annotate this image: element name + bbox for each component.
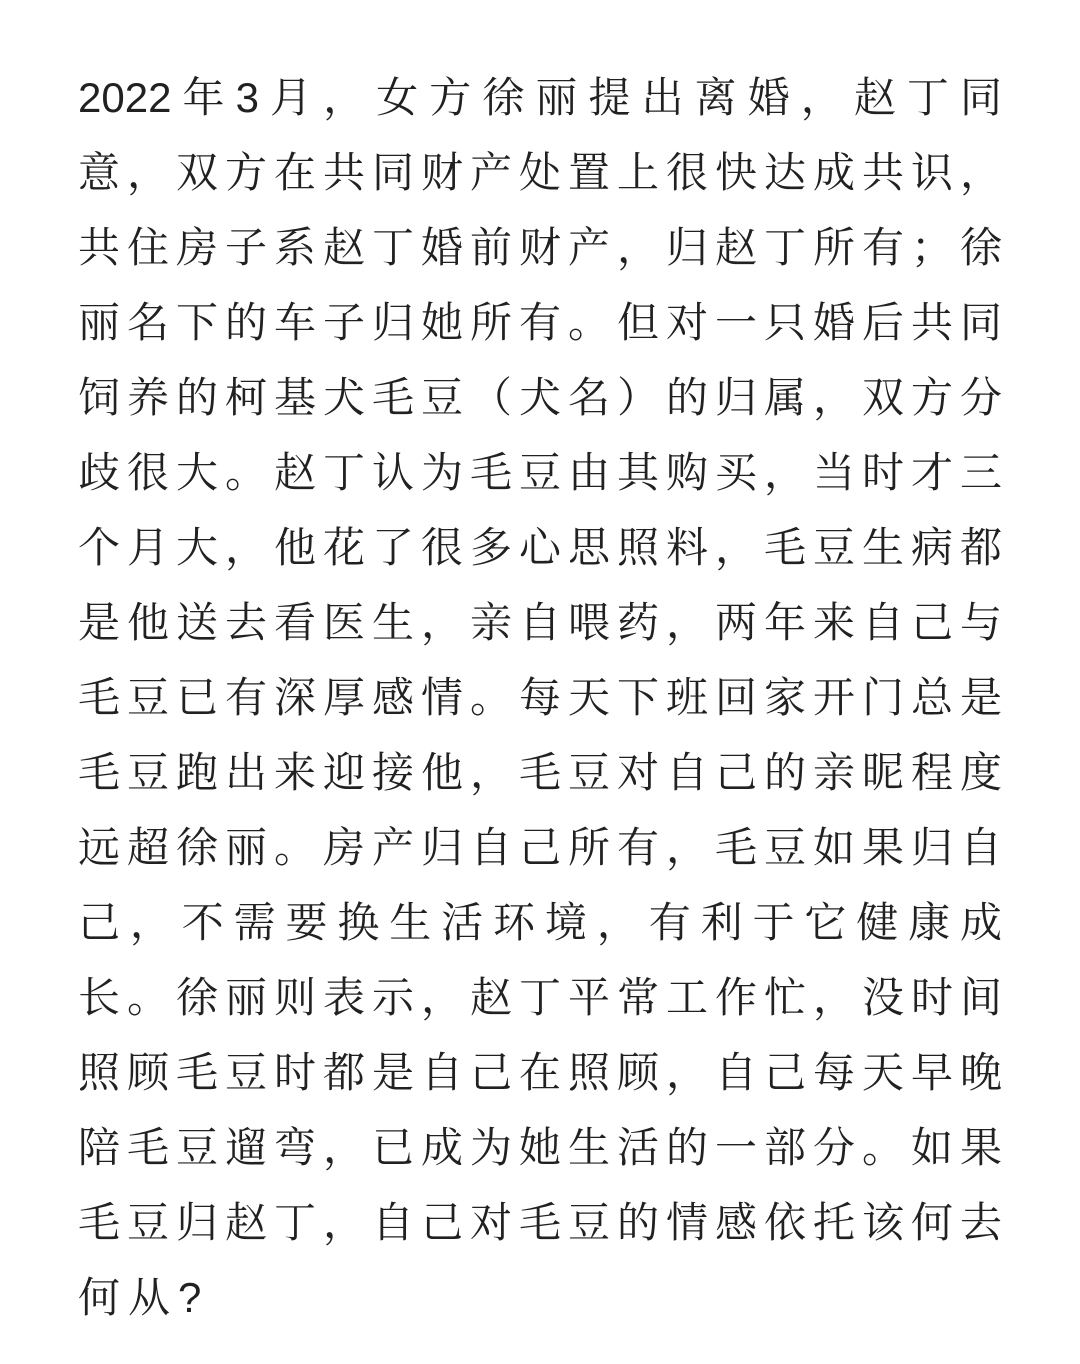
text-line: 个月大，他花了很多心思照料，毛豆生病都: [78, 510, 1002, 585]
text-line-last: 何从?: [78, 1260, 1002, 1335]
text-line: 毛豆跑出来迎接他，毛豆对自己的亲昵程度: [78, 735, 1002, 810]
text-line: 毛豆归赵丁，自己对毛豆的情感依托该何去: [78, 1185, 1002, 1260]
text-line: 意，双方在共同财产处置上很快达成共识，: [78, 135, 1002, 210]
text-line: 2022年3月，女方徐丽提出离婚，赵丁同: [78, 60, 1002, 135]
text-line: 长。徐丽则表示，赵丁平常工作忙，没时间: [78, 960, 1002, 1035]
text-line: 丽名下的车子归她所有。但对一只婚后共同: [78, 285, 1002, 360]
text-line: 饲养的柯基犬毛豆（犬名）的归属，双方分: [78, 360, 1002, 435]
text-line: 共住房子系赵丁婚前财产，归赵丁所有；徐: [78, 210, 1002, 285]
text-line: 是他送去看医生，亲自喂药，两年来自己与: [78, 585, 1002, 660]
text-line: 照顾毛豆时都是自己在照顾，自己每天早晚: [78, 1035, 1002, 1110]
document-page: 2022年3月，女方徐丽提出离婚，赵丁同 意，双方在共同财产处置上很快达成共识，…: [0, 0, 1080, 1364]
text-line: 毛豆已有深厚感情。每天下班回家开门总是: [78, 660, 1002, 735]
text-line: 歧很大。赵丁认为毛豆由其购买，当时才三: [78, 435, 1002, 510]
text-line: 陪毛豆遛弯，已成为她生活的一部分。如果: [78, 1110, 1002, 1185]
text-paragraph: 2022年3月，女方徐丽提出离婚，赵丁同 意，双方在共同财产处置上很快达成共识，…: [78, 60, 1002, 1335]
text-line: 远超徐丽。房产归自己所有，毛豆如果归自: [78, 810, 1002, 885]
text-line: 己，不需要换生活环境，有利于它健康成: [78, 885, 1002, 960]
